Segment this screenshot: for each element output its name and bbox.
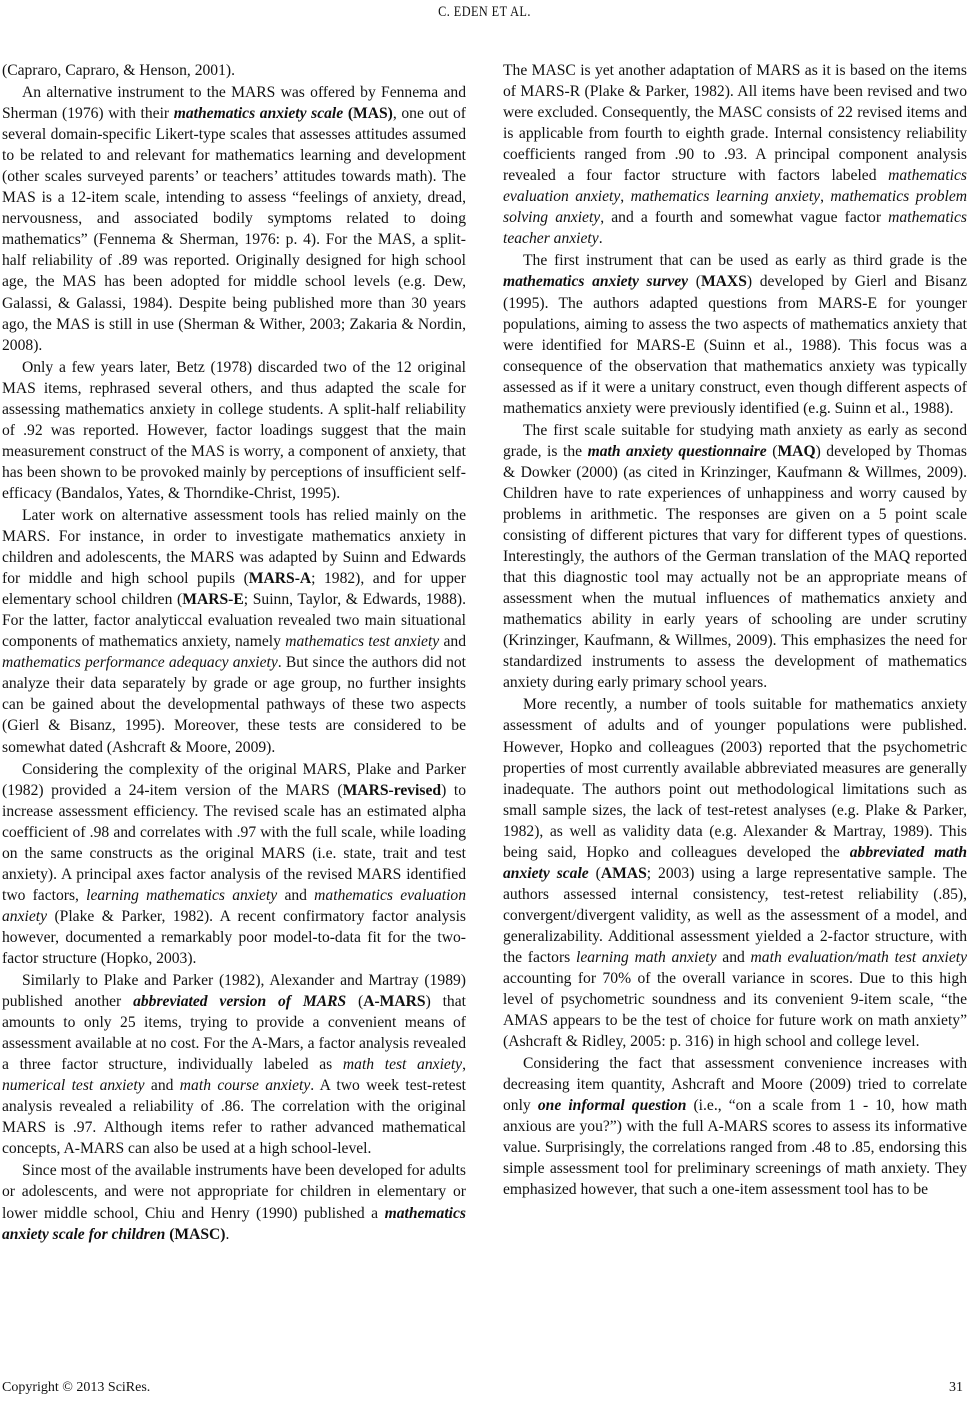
emphasized-term: math test anxiety bbox=[343, 1056, 462, 1073]
paragraph: The first scale suitable for studying ma… bbox=[503, 420, 967, 694]
text-run: and bbox=[439, 633, 466, 650]
emphasized-term: math course anxiety bbox=[180, 1077, 310, 1094]
running-header: C. EDEN ET AL. bbox=[87, 4, 882, 21]
text-run: The MASC is yet another adaptation of MA… bbox=[503, 62, 967, 184]
text-run: and bbox=[145, 1077, 180, 1094]
emphasized-term: (MAS) bbox=[348, 105, 393, 122]
paragraph: Considering the fact that assessment con… bbox=[503, 1053, 967, 1200]
text-run: ( bbox=[688, 273, 701, 290]
emphasized-term: learning math anxiety bbox=[576, 949, 717, 966]
text-run: . bbox=[226, 1226, 230, 1243]
emphasized-term: one informal question bbox=[538, 1097, 687, 1114]
text-run: ( bbox=[589, 865, 601, 882]
emphasized-term: learning mathematics anxiety bbox=[86, 887, 277, 904]
text-run: , one out of several domain-specific Lik… bbox=[2, 105, 466, 354]
text-run: More recently, a number of tools suitabl… bbox=[503, 696, 967, 860]
emphasized-term: MAXS bbox=[701, 273, 747, 290]
paragraph: Later work on alternative assessment too… bbox=[2, 505, 466, 758]
emphasized-term: MAQ bbox=[777, 443, 815, 460]
emphasized-term: math evaluation/math test anxiety bbox=[751, 949, 967, 966]
paragraph: The MASC is yet another adaptation of MA… bbox=[503, 60, 967, 249]
emphasized-term: MARS-E bbox=[182, 591, 244, 608]
page-number: 31 bbox=[949, 1380, 963, 1396]
text-run: Only a few years later, Betz (1978) disc… bbox=[2, 359, 466, 502]
emphasized-term: (MASC) bbox=[169, 1226, 225, 1243]
text-run: (Plake & Parker, 1982). A recent confirm… bbox=[2, 908, 466, 967]
text-run: accounting for 70% of the overall varian… bbox=[503, 970, 967, 1050]
text-run: , bbox=[820, 188, 830, 205]
paragraph: An alternative instrument to the MARS wa… bbox=[2, 82, 466, 356]
text-run: , bbox=[462, 1056, 466, 1073]
emphasized-term: math anxiety questionnaire bbox=[588, 443, 767, 460]
text-run: , and a fourth and somewhat vague factor bbox=[600, 209, 888, 226]
emphasized-term: abbreviated version of MARS bbox=[133, 993, 346, 1010]
paragraph: Similarly to Plake and Parker (1982), Al… bbox=[2, 970, 466, 1159]
text-run: ( bbox=[767, 443, 778, 460]
emphasized-term: mathematics anxiety scale bbox=[174, 105, 343, 122]
emphasized-term: mathematics learning anxiety bbox=[631, 188, 821, 205]
emphasized-term: numerical test anxiety bbox=[2, 1077, 145, 1094]
emphasized-term: A-MARS bbox=[363, 993, 425, 1010]
text-run: ) developed by Gierl and Bisanz (1995). … bbox=[503, 273, 967, 416]
left-column: (Capraro, Capraro, & Henson, 2001).An al… bbox=[2, 60, 466, 1246]
emphasized-term: mathematics test anxiety bbox=[285, 633, 439, 650]
emphasized-term: AMAS bbox=[601, 865, 647, 882]
text-run: . bbox=[599, 230, 603, 247]
paragraph: Only a few years later, Betz (1978) disc… bbox=[2, 357, 466, 504]
paragraph: Since most of the available instruments … bbox=[2, 1160, 466, 1244]
paragraph: Considering the complexity of the origin… bbox=[2, 759, 466, 969]
text-run: ) to increase assessment efficiency. The… bbox=[2, 782, 466, 904]
paragraph: (Capraro, Capraro, & Henson, 2001). bbox=[2, 60, 466, 81]
text-run: , bbox=[620, 188, 630, 205]
text-run: and bbox=[277, 887, 314, 904]
paragraph: The first instrument that can be used as… bbox=[503, 250, 967, 418]
emphasized-term: MARS-revised bbox=[343, 782, 441, 799]
emphasized-term: mathematics anxiety survey bbox=[503, 273, 688, 290]
emphasized-term: mathematics performance adequacy anxiety bbox=[2, 654, 278, 671]
text-run: The first instrument that can be used as… bbox=[523, 252, 967, 269]
paragraph: More recently, a number of tools suitabl… bbox=[503, 694, 967, 1052]
text-run: and bbox=[717, 949, 751, 966]
copyright-footer: Copyright © 2013 SciRes. bbox=[2, 1380, 150, 1396]
text-run: ) developed by Thomas & Dowker (2000) (a… bbox=[503, 443, 967, 692]
emphasized-term: MARS-A bbox=[249, 570, 311, 587]
text-run: ( bbox=[346, 993, 363, 1010]
text-run: (Capraro, Capraro, & Henson, 2001). bbox=[2, 62, 235, 79]
right-column: The MASC is yet another adaptation of MA… bbox=[503, 60, 967, 1202]
